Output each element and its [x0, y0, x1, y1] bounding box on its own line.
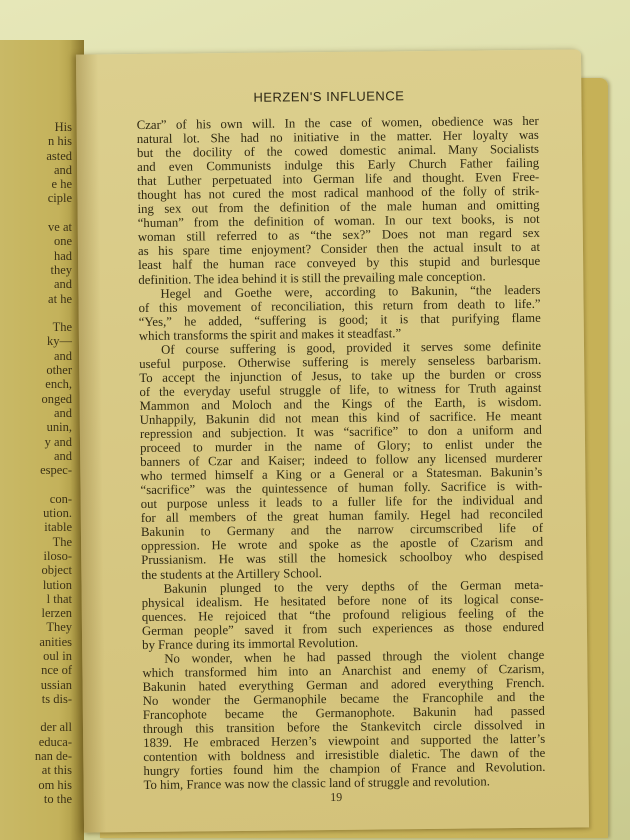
left-page-line: and [2, 449, 72, 463]
left-page-line: ve at [2, 220, 72, 234]
left-page-line [2, 306, 72, 320]
book-page: HERZEN'S INFLUENCE Czar” of his own will… [76, 49, 589, 832]
left-page-line: at this [2, 763, 72, 777]
left-page-line: espec- [2, 463, 72, 477]
left-page-line [2, 477, 72, 491]
left-page-line: at he [2, 292, 72, 306]
left-page-line: e he [2, 177, 72, 191]
left-page-line: l that [2, 592, 72, 606]
left-page-line: The [2, 320, 72, 334]
left-page-line: they [2, 263, 72, 277]
left-page-line: iloso- [2, 549, 72, 563]
left-page-line: ciple [2, 191, 72, 205]
left-page-line: asted [2, 149, 72, 163]
left-page-line: anities [2, 635, 72, 649]
left-page-line: oul in [2, 649, 72, 663]
left-page-line: ts dis- [2, 692, 72, 706]
left-page-line: ution. [2, 506, 72, 520]
left-page-line: lution [2, 578, 72, 592]
left-page-line: n his [2, 134, 72, 148]
left-page-line: ky— [2, 334, 72, 348]
left-page-line: onged [2, 392, 72, 406]
left-page-line: y and [2, 435, 72, 449]
left-page-line: der all [2, 720, 72, 734]
left-page-line: The [2, 535, 72, 549]
left-page-line: to the [2, 792, 72, 806]
page-body-text: Czar” of his own will. In the case of wo… [137, 114, 546, 792]
left-page-line: had [2, 249, 72, 263]
left-page-line: itable [2, 520, 72, 534]
left-page-line: ench, [2, 377, 72, 391]
left-page-line [2, 206, 72, 220]
left-page-line: om his [2, 778, 72, 792]
left-page-line: unin, [2, 420, 72, 434]
left-page-line: nan de- [2, 749, 72, 763]
left-page-line: and [2, 406, 72, 420]
left-page-line: con- [2, 492, 72, 506]
left-page-line: lerzen [2, 606, 72, 620]
running-head: HERZEN'S INFLUENCE [76, 86, 581, 106]
left-page-line: ussian [2, 678, 72, 692]
left-page-line: and [2, 163, 72, 177]
left-page-line: They [2, 620, 72, 634]
left-page-line: and [2, 349, 72, 363]
left-page-line: educa- [2, 735, 72, 749]
left-page-line: one [2, 234, 72, 248]
left-page-line: other [2, 363, 72, 377]
left-page-text-fragments: Hisn hisastedande hecipleve atonehadthey… [2, 120, 72, 806]
left-page-line [2, 706, 72, 720]
left-page-line: His [2, 120, 72, 134]
left-page-line: nce of [2, 663, 72, 677]
left-page-line: and [2, 277, 72, 291]
left-facing-page: Hisn hisastedande hecipleve atonehadthey… [0, 40, 84, 840]
left-page-line: object [2, 563, 72, 577]
